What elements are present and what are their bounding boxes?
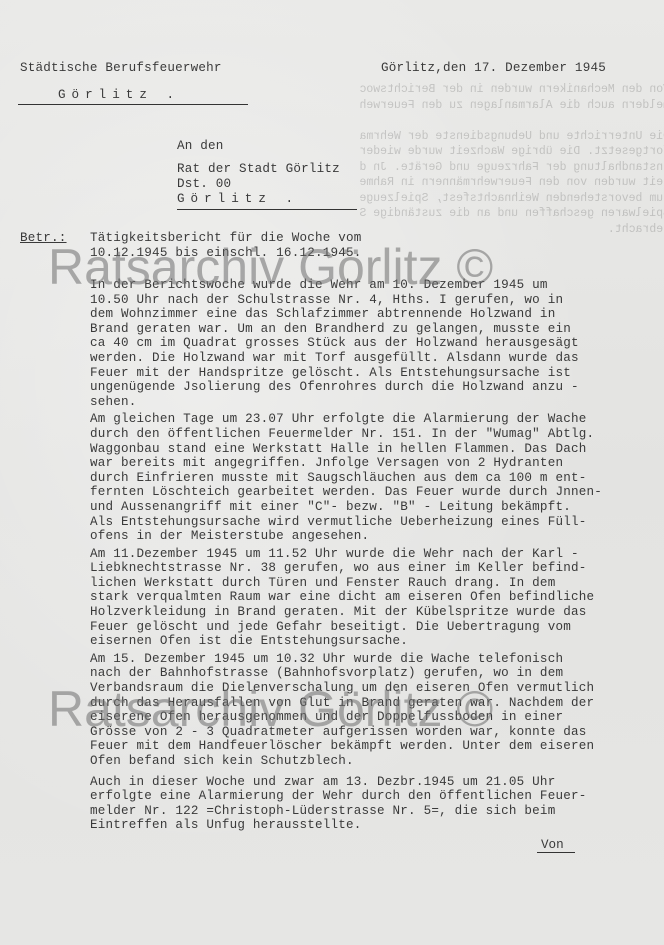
recipient-line-4: Görlitz . xyxy=(177,192,299,206)
sender-city: Görlitz . xyxy=(58,88,180,102)
paragraph: In der Berichtswoche wurde die Wehr am 1… xyxy=(90,278,664,409)
watermark: Ratsarchiv Görlitz © xyxy=(48,238,493,296)
sender-name: Städtische Berufsfeuerwehr xyxy=(20,61,222,75)
document-page: Von den Mechanikern wurden in der Berich… xyxy=(0,0,664,945)
report-body: In der Berichtswoche wurde die Wehr am 1… xyxy=(90,278,664,836)
paragraph: Am 11.Dezember 1945 um 11.52 Uhr wurde d… xyxy=(90,547,664,649)
sender-underline xyxy=(18,104,248,105)
continuation-mark: Von xyxy=(541,838,564,852)
date-line: Görlitz,den 17. Dezember 1945 xyxy=(381,61,606,75)
recipient-underline xyxy=(177,209,357,210)
recipient-line-2: Rat der Stadt Görlitz xyxy=(177,162,340,176)
recipient-line-3: Dst. 00 xyxy=(177,177,231,191)
paragraph: Auch in dieser Woche und zwar am 13. Dez… xyxy=(90,775,664,833)
recipient-line-1: An den xyxy=(177,139,224,153)
watermark: Ratsarchiv Görlitz © xyxy=(48,680,493,738)
continuation-underline xyxy=(537,852,575,853)
paragraph: Am gleichen Tage um 23.07 Uhr erfolgte d… xyxy=(90,412,664,543)
bleed-through-text: Von den Mechanikern wurden in der Berich… xyxy=(360,82,664,232)
